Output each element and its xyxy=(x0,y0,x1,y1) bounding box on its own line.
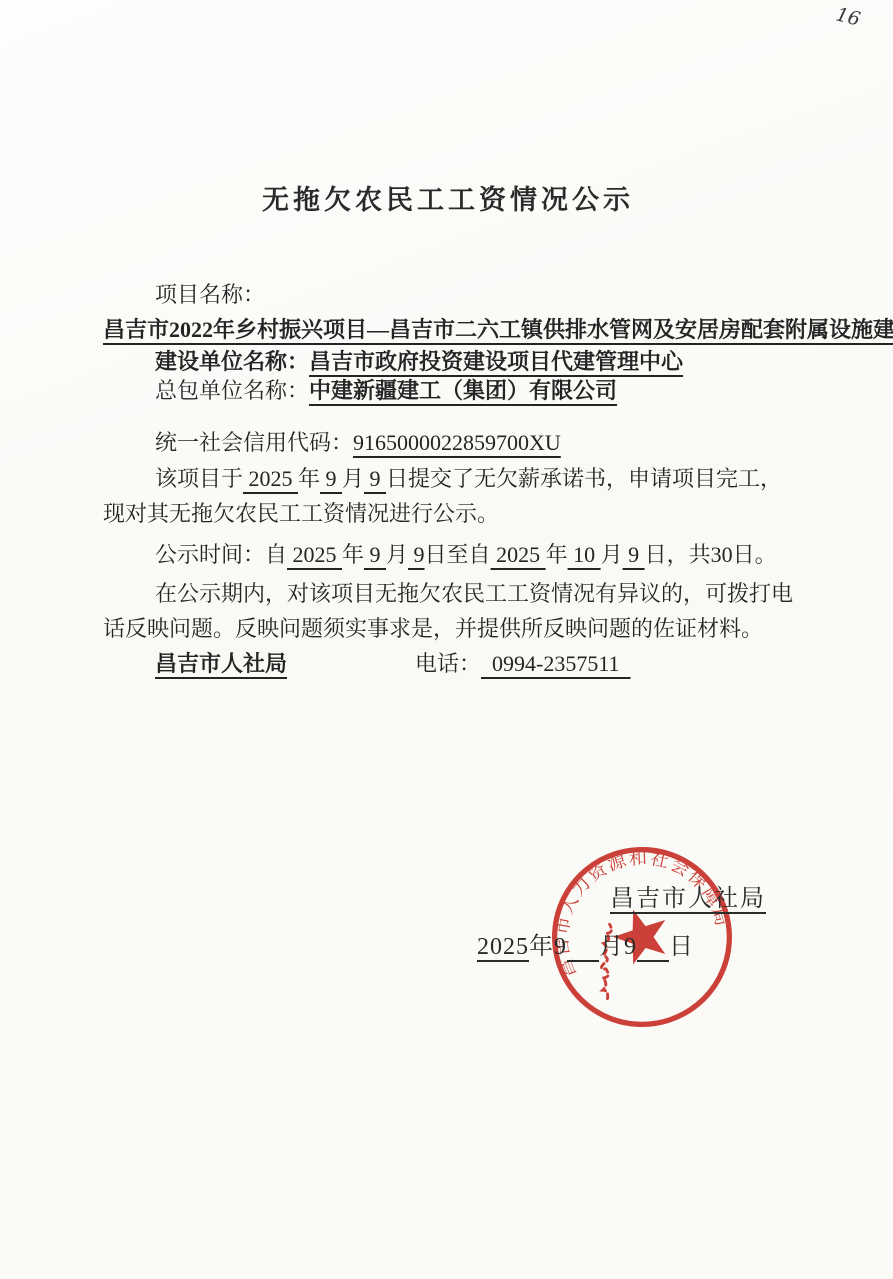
sig-date-text: 日 xyxy=(669,934,694,960)
signature-agency-text: 昌吉市人社局 xyxy=(610,886,766,912)
publicity-text: 月 xyxy=(386,542,408,567)
publicity-text: 年 xyxy=(546,542,568,567)
contractor-label: 总包单位名称： xyxy=(155,378,309,403)
project-name-line: 项目名称：昌吉市2022年乡村振兴项目—昌吉市二六工镇供排水管网及安居房配套附属… xyxy=(103,277,793,347)
signature-agency: 昌吉市人社局 xyxy=(610,878,766,913)
publicity-start-day: 9 xyxy=(408,542,425,567)
submit-day: 9 xyxy=(364,466,386,491)
credit-code-line: 统一社会信用代码：9165000022859700XU xyxy=(103,428,793,457)
project-name-value: 昌吉市2022年乡村振兴项目—昌吉市二六工镇供排水管网及安居房配套附属设施建设项… xyxy=(103,317,893,342)
submit-year: 2025 xyxy=(243,466,298,491)
publicity-text: 日，共30日。 xyxy=(645,542,777,567)
submit-paragraph: 该项目于 2025 年 9 月 9 日提交了无欠薪承诺书，申请项目完工，现对其无… xyxy=(103,461,793,531)
publicity-start-year: 2025 xyxy=(287,542,342,567)
sig-date-year: 2025 xyxy=(477,934,529,960)
builder-value: 昌吉市政府投资建设项目代建管理中心 xyxy=(309,349,683,374)
notice-body: 无拖欠农民工工资情况公示 项目名称：昌吉市2022年乡村振兴项目—昌吉市二六工镇… xyxy=(103,183,793,681)
contact-line: 昌吉市人社局电话： 0994-2357511 xyxy=(103,646,793,681)
contractor-line: 总包单位名称：中建新疆建工（集团）有限公司 xyxy=(103,376,793,405)
phone-label: 电话： xyxy=(415,651,481,676)
contact-agency: 昌吉市人社局 xyxy=(155,651,287,676)
submit-text: 该项目于 xyxy=(155,466,243,491)
builder-line: 建设单位名称：昌吉市政府投资建设项目代建管理中心 xyxy=(103,347,793,376)
publicity-text: 年 xyxy=(342,542,364,567)
field-lines: 项目名称：昌吉市2022年乡村振兴项目—昌吉市二六工镇供排水管网及安居房配套附属… xyxy=(103,277,793,405)
submit-text: 年 xyxy=(298,466,320,491)
sig-date-month-num: 9 xyxy=(554,934,567,960)
objection-paragraph: 在公示期内，对该项目无拖欠农民工工资情况有异议的，可拨打电话反映问题。反映问题须… xyxy=(103,576,793,646)
signature-date: 2025年9 月9 日 xyxy=(477,926,694,961)
contractor-value: 中建新疆建工（集团）有限公司 xyxy=(309,378,617,403)
publicity-start-month: 9 xyxy=(364,542,386,567)
sig-date-text: 月 xyxy=(599,934,624,960)
sig-date-blank xyxy=(637,934,669,960)
project-name-label: 项目名称： xyxy=(155,282,265,307)
publicity-text: 公示时间：自 xyxy=(155,542,287,567)
handwritten-page-mark: 16 xyxy=(834,3,863,30)
sig-date-day-num: 9 xyxy=(624,934,637,960)
sig-date-blank xyxy=(567,934,599,960)
publicity-end-day: 9 xyxy=(623,542,645,567)
publicity-end-year: 2025 xyxy=(491,542,546,567)
publicity-period-paragraph: 公示时间：自 2025 年 9 月 9日至自 2025 年 10 月 9 日，共… xyxy=(103,538,793,572)
credit-code-label: 统一社会信用代码： xyxy=(155,430,353,455)
sig-date-text: 年 xyxy=(529,934,554,960)
publicity-text: 日至自 xyxy=(425,542,491,567)
submit-month: 9 xyxy=(320,466,342,491)
phone-number: 0994-2357511 xyxy=(481,651,631,676)
notice-title: 无拖欠农民工工资情况公示 xyxy=(103,183,793,217)
publicity-text: 月 xyxy=(601,542,623,567)
credit-code-value: 9165000022859700XU xyxy=(353,430,561,455)
builder-label: 建设单位名称： xyxy=(155,349,309,374)
publicity-end-month: 10 xyxy=(568,542,601,567)
submit-text: 月 xyxy=(342,466,364,491)
scanned-notice-page: 16 无拖欠农民工工资情况公示 项目名称：昌吉市2022年乡村振兴项目—昌吉市二… xyxy=(0,0,893,1279)
